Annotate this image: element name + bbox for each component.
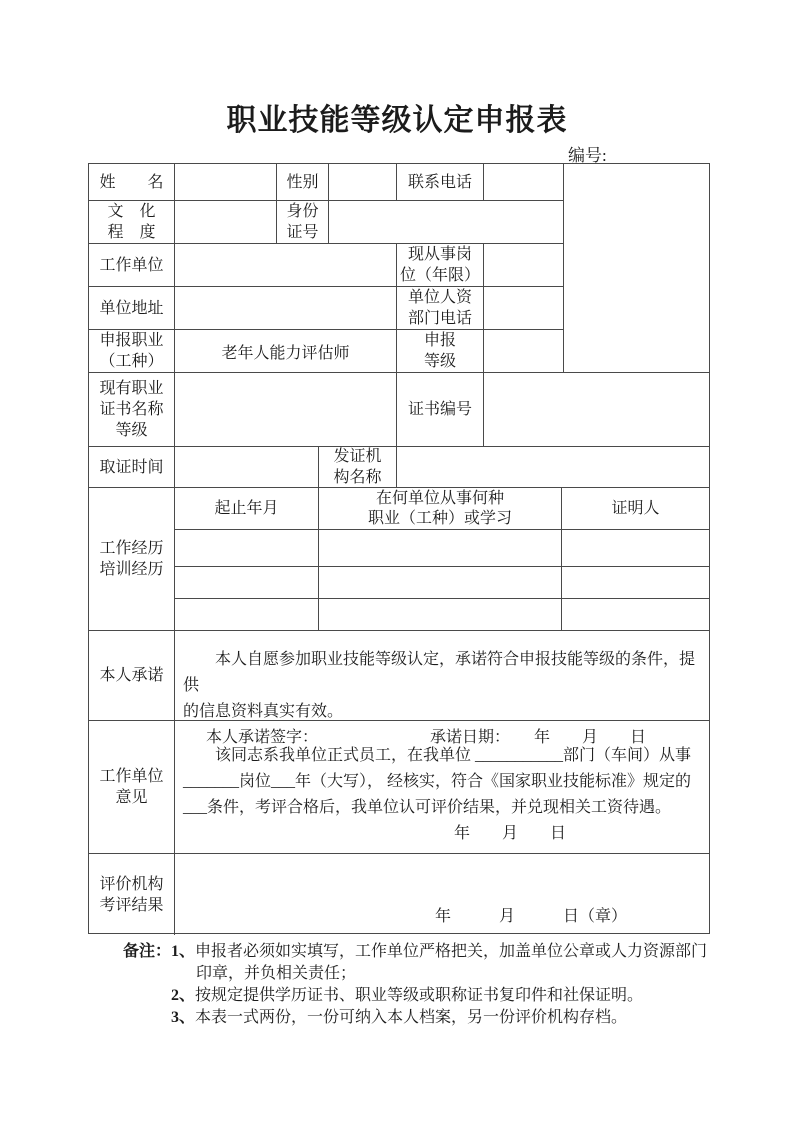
assessment-result-label: 评价机构 考评结果 <box>89 854 175 935</box>
note-text: 本表一式两份，一份可纳入本人档案，另一份评价机构存档。 <box>195 1009 627 1026</box>
notes-items: 1、申报者必须如实填写，工作单位严格把关，加盖单位公章或人力资源部门 印章，并负… <box>171 941 707 1029</box>
phone-label: 联系电话 <box>397 164 484 200</box>
row-education-id: 文 化 程 度 身份 证号 <box>89 201 563 244</box>
certificate-time-input-cell[interactable] <box>175 447 319 487</box>
name-input-cell[interactable] <box>175 164 277 200</box>
certificate-number-input-cell[interactable] <box>484 373 709 446</box>
notes-section: 备注： 1、申报者必须如实填写，工作单位严格把关，加盖单位公章或人力资源部门 印… <box>123 941 713 1029</box>
education-label: 文 化 程 度 <box>89 201 175 243</box>
experience-witness-cell[interactable] <box>562 530 709 566</box>
experience-header-row: 起止年月 在何单位从事何种 职业（工种）或学习 证明人 <box>175 488 709 530</box>
experience-detail-header: 在何单位从事何种 职业（工种）或学习 <box>319 488 562 529</box>
row-employer-opinion: 工作单位 意见 该同志系我单位正式员工，在我单位 ___________部门（车… <box>89 721 709 854</box>
experience-period-header: 起止年月 <box>175 488 319 529</box>
personal-promise-label: 本人承诺 <box>89 631 175 720</box>
declared-level-label: 申报 等级 <box>397 330 484 372</box>
row-certificate-time: 取证时间 发证机 构名称 <box>89 447 709 488</box>
note-item-2: 2、按规定提供学历证书、职业等级或职称证书复印件和社保证明。 <box>171 985 707 1007</box>
employer-opinion-statement: 该同志系我单位正式员工，在我单位 ___________部门（车间）从事 ___… <box>183 743 699 821</box>
application-form-table: 姓 名 性别 联系电话 文 化 程 度 身份 证号 工作单位 现从事岗 <box>88 163 710 934</box>
row-work-unit: 工作单位 现从事岗 位（年限） <box>89 244 563 287</box>
experience-period-cell[interactable] <box>175 530 319 566</box>
experience-detail-cell[interactable] <box>319 530 562 566</box>
gender-input-cell[interactable] <box>329 164 397 200</box>
assessment-date: 年 月 日（章） <box>435 906 709 928</box>
work-unit-label: 工作单位 <box>89 244 175 286</box>
education-input-cell[interactable] <box>175 201 277 243</box>
declared-occupation-value: 老年人能力评估师 <box>175 330 397 372</box>
experience-detail-cell[interactable] <box>319 567 562 598</box>
personal-promise-content: 本人自愿参加职业技能等级认定，承诺符合申报技能等级的条件，提供 的信息资料真实有… <box>175 631 709 720</box>
row-personal-promise: 本人承诺 本人自愿参加职业技能等级认定，承诺符合申报技能等级的条件，提供 的信息… <box>89 631 709 721</box>
experience-period-cell[interactable] <box>175 567 319 598</box>
page-title: 职业技能等级认定申报表 <box>0 95 794 139</box>
id-number-input-cell[interactable] <box>329 201 563 243</box>
personal-info-section: 姓 名 性别 联系电话 文 化 程 度 身份 证号 工作单位 现从事岗 <box>89 164 709 373</box>
row-unit-address: 单位地址 单位人资 部门电话 <box>89 287 563 330</box>
unit-address-input-cell[interactable] <box>175 287 397 329</box>
note-item-3: 3、本表一式两份，一份可纳入本人档案，另一份评价机构存档。 <box>171 1007 707 1029</box>
note-text: 按规定提供学历证书、职业等级或职称证书复印件和社保证明。 <box>195 987 643 1004</box>
certificate-time-label: 取证时间 <box>89 447 175 487</box>
current-position-input-cell[interactable] <box>484 244 563 286</box>
application-form-page: 职业技能等级认定申报表 编号: 姓 名 性别 联系电话 文 化 程 度 身份 证… <box>0 0 794 1122</box>
note-number: 3、 <box>171 1009 195 1026</box>
personal-info-rows: 姓 名 性别 联系电话 文 化 程 度 身份 证号 工作单位 现从事岗 <box>89 164 564 372</box>
experience-witness-cell[interactable] <box>562 599 709 630</box>
notes-label: 备注： <box>123 941 171 1029</box>
note-number: 2、 <box>171 987 195 1004</box>
row-declared-occupation: 申报职业 （工种） 老年人能力评估师 申报 等级 <box>89 330 563 372</box>
existing-certificate-label: 现有职业 证书名称 等级 <box>89 373 175 446</box>
note-text: 申报者必须如实填写，工作单位严格把关，加盖单位公章或人力资源部门 印章，并负相关… <box>195 943 707 982</box>
experience-detail-cell[interactable] <box>319 599 562 630</box>
declared-level-input-cell[interactable] <box>484 330 563 372</box>
existing-certificate-input-cell[interactable] <box>175 373 397 446</box>
employer-opinion-date: 年 月 日 <box>454 821 709 847</box>
gender-label: 性别 <box>277 164 329 200</box>
id-number-label: 身份 证号 <box>277 201 329 243</box>
employer-opinion-content: 该同志系我单位正式员工，在我单位 ___________部门（车间）从事 ___… <box>175 721 709 853</box>
row-work-experience: 工作经历 培训经历 起止年月 在何单位从事何种 职业（工种）或学习 证明人 <box>89 488 709 631</box>
row-existing-certificate: 现有职业 证书名称 等级 证书编号 <box>89 373 709 447</box>
experience-row-1 <box>175 530 709 567</box>
employer-opinion-label: 工作单位 意见 <box>89 721 175 853</box>
hr-phone-input-cell[interactable] <box>484 287 563 329</box>
experience-witness-header: 证明人 <box>562 488 709 529</box>
issuing-authority-input-cell[interactable] <box>397 447 709 487</box>
name-label: 姓 名 <box>89 164 175 200</box>
photo-box[interactable] <box>564 164 709 372</box>
issuing-authority-label: 发证机 构名称 <box>319 447 397 487</box>
work-unit-input-cell[interactable] <box>175 244 397 286</box>
experience-row-3 <box>175 599 709 630</box>
current-position-label: 现从事岗 位（年限） <box>397 244 484 286</box>
assessment-result-content[interactable]: 年 月 日（章） <box>175 854 709 935</box>
declared-occupation-label: 申报职业 （工种） <box>89 330 175 372</box>
certificate-number-label: 证书编号 <box>397 373 484 446</box>
promise-statement: 本人自愿参加职业技能等级认定，承诺符合申报技能等级的条件，提供 的信息资料真实有… <box>183 647 699 725</box>
experience-grid: 起止年月 在何单位从事何种 职业（工种）或学习 证明人 <box>175 488 709 630</box>
note-item-1: 1、申报者必须如实填写，工作单位严格把关，加盖单位公章或人力资源部门 印章，并负… <box>171 941 707 985</box>
row-assessment-result: 评价机构 考评结果 年 月 日（章） <box>89 854 709 935</box>
experience-witness-cell[interactable] <box>562 567 709 598</box>
phone-input-cell[interactable] <box>484 164 563 200</box>
unit-address-label: 单位地址 <box>89 287 175 329</box>
experience-row-2 <box>175 567 709 599</box>
row-name-gender-phone: 姓 名 性别 联系电话 <box>89 164 563 201</box>
hr-phone-label: 单位人资 部门电话 <box>397 287 484 329</box>
experience-period-cell[interactable] <box>175 599 319 630</box>
note-number: 1、 <box>171 943 195 960</box>
work-experience-label: 工作经历 培训经历 <box>89 488 175 630</box>
